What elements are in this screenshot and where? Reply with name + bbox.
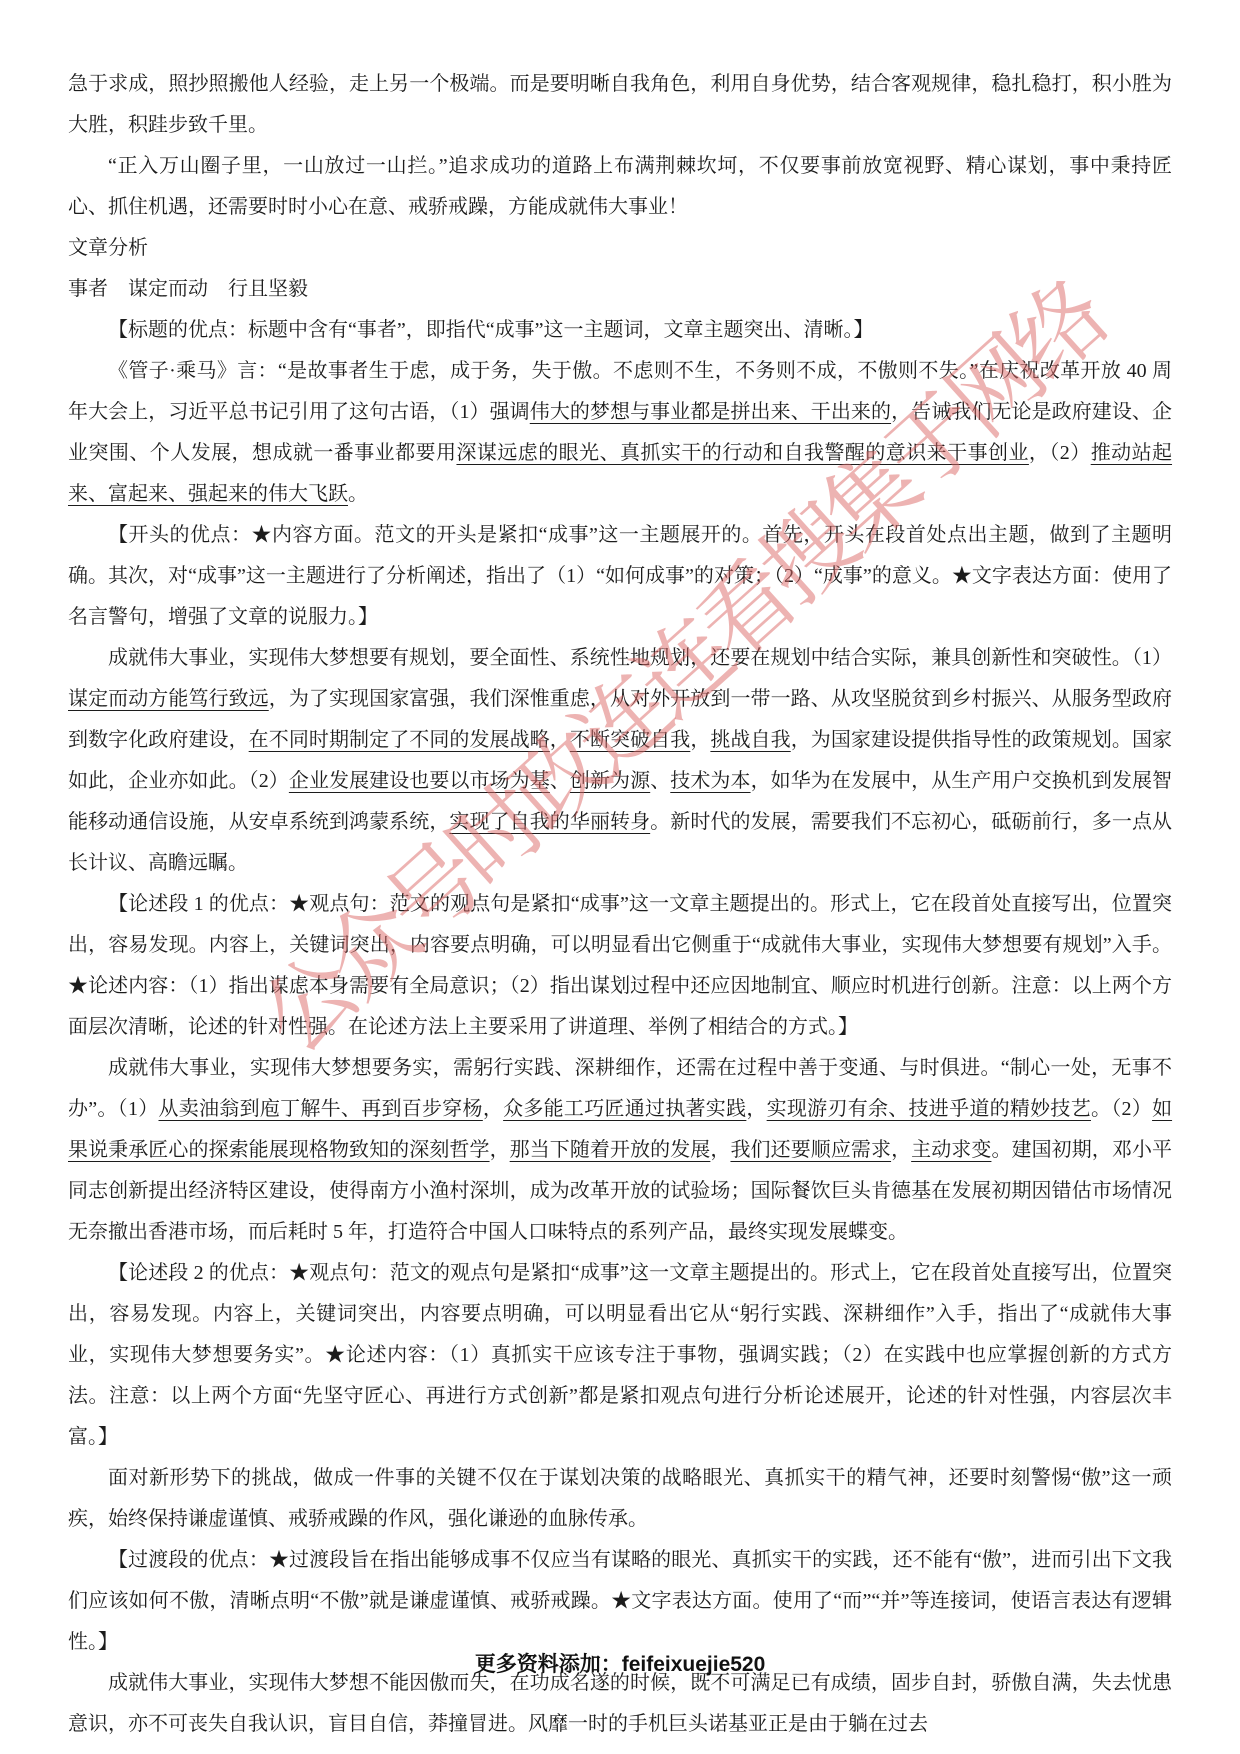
underlined-text: 谋定而动方能笃行致远 [68, 688, 269, 710]
text: 文章分析 [68, 237, 148, 259]
text: 。 [348, 483, 368, 505]
underlined-text: 技术为本 [670, 770, 750, 792]
text: ，（2） [1029, 442, 1091, 464]
text: 急于求成，照抄照搬他人经验，走上另一个极端。而是要明晰自我角色，利用自身优势，结… [68, 73, 1172, 136]
text: ， [550, 729, 570, 751]
document-page: 急于求成，照抄照搬他人经验，走上另一个极端。而是要明晰自我角色，利用自身优势，结… [0, 0, 1240, 1754]
page-footer: 更多资料添加：feifeixuejie520 [0, 1648, 1240, 1678]
text: ， [746, 1098, 766, 1120]
paragraph: 【标题的优点：标题中含有“事者”，即指代“成事”这一主题词，文章主题突出、清晰。… [68, 310, 1172, 351]
text: 【论述段 2 的优点：★观点句：范文的观点句是紧扣“成事”这一文章主题提出的。形… [68, 1262, 1172, 1448]
paragraph: 成就伟大事业，实现伟大梦想要务实，需躬行实践、深耕细作，还需在过程中善于变通、与… [68, 1048, 1172, 1253]
text: ， [891, 1139, 911, 1161]
text: ， [690, 729, 710, 751]
text: 、 [650, 770, 670, 792]
document-body: 急于求成，照抄照搬他人经验，走上另一个极端。而是要明晰自我角色，利用自身优势，结… [68, 64, 1172, 1745]
text: 事者 谋定而动 行且坚毅 [68, 278, 308, 300]
underlined-text: 在不同时期制定了不同的发展战略 [249, 729, 550, 751]
text: 【开头的优点：★内容方面。范文的开头是紧扣“成事”这一主题展开的。首先，开头在段… [68, 524, 1172, 628]
paragraph: 【论述段 2 的优点：★观点句：范文的观点句是紧扣“成事”这一文章主题提出的。形… [68, 1253, 1172, 1458]
footer-account: feifeixuejie520 [622, 1653, 766, 1676]
text: 成就伟大事业，实现伟大梦想不能因傲而失，在功成名遂的时候，既不可满足已有成绩，固… [68, 1672, 1172, 1735]
text: “正入万山圈子里，一山放过一山拦。”追求成功的道路上布满荆棘坎坷，不仅要事前放宽… [68, 155, 1172, 218]
text: 面对新形势下的挑战，做成一件事的关键不仅在于谋划决策的战略眼光、真抓实干的精气神… [68, 1467, 1172, 1530]
paragraph: 《管子·乘马》言：“是故事者生于虑，成于务，失于傲。不虑则不生，不务则不成，不傲… [68, 351, 1172, 515]
underlined-text: 实现游刃有余、技进乎道的精妙技艺 [767, 1098, 1091, 1120]
underlined-text: 不断突破自我 [570, 729, 690, 751]
underlined-text: 实现了自我的华丽转身 [449, 811, 650, 833]
underlined-text: 我们还要顺应需求 [730, 1139, 891, 1161]
underlined-text: 深谋远虑的眼光、真抓实干的行动和自我警醒的意识来干事创业 [456, 442, 1028, 464]
text: ， [490, 1139, 510, 1161]
paragraph: 成就伟大事业，实现伟大梦想要有规划，要全面性、系统性地规划，还要在规划中结合实际… [68, 638, 1172, 884]
underlined-text: 从卖油翁到庖丁解牛、再到百步穿杨 [159, 1098, 483, 1120]
text: 成就伟大事业，实现伟大梦想要有规划，要全面性、系统性地规划，还要在规划中结合实际… [108, 647, 1172, 669]
underlined-text: 挑战自我 [710, 729, 790, 751]
underlined-text: 众多能工巧匠通过执著实践 [503, 1098, 746, 1120]
paragraph: 【过渡段的优点：★过渡段旨在指出能够成事不仅应当有谋略的眼光、真抓实干的实践，还… [68, 1540, 1172, 1663]
text: 【过渡段的优点：★过渡段旨在指出能够成事不仅应当有谋略的眼光、真抓实干的实践，还… [68, 1549, 1172, 1653]
paragraph: 【开头的优点：★内容方面。范文的开头是紧扣“成事”这一主题展开的。首先，开头在段… [68, 515, 1172, 638]
text: ， [710, 1139, 730, 1161]
paragraph: 面对新形势下的挑战，做成一件事的关键不仅在于谋划决策的战略眼光、真抓实干的精气神… [68, 1458, 1172, 1540]
text: 、 [550, 770, 570, 792]
paragraph: 事者 谋定而动 行且坚毅 [68, 269, 1172, 310]
underlined-text: 主动求变 [911, 1139, 991, 1161]
text: 【标题的优点：标题中含有“事者”，即指代“成事”这一主题词，文章主题突出、清晰。… [108, 319, 874, 341]
paragraph: 【论述段 1 的优点：★观点句：范文的观点句是紧扣“成事”这一文章主题提出的。形… [68, 884, 1172, 1048]
paragraph: 急于求成，照抄照搬他人经验，走上另一个极端。而是要明晰自我角色，利用自身优势，结… [68, 64, 1172, 146]
text: ， [483, 1098, 503, 1120]
paragraph: 文章分析 [68, 228, 1172, 269]
paragraph: “正入万山圈子里，一山放过一山拦。”追求成功的道路上布满荆棘坎坷，不仅要事前放宽… [68, 146, 1172, 228]
underlined-text: 创新为源 [570, 770, 650, 792]
underlined-text: 伟大的梦想与事业都是拼出来、干出来的 [530, 401, 891, 423]
text: 【论述段 1 的优点：★观点句：范文的观点句是紧扣“成事”这一文章主题提出的。形… [68, 893, 1172, 1038]
underlined-text: 那当下随着开放的发展 [510, 1139, 711, 1161]
footer-label: 更多资料添加： [475, 1652, 622, 1676]
underlined-text: 企业发展建设也要以市场为基 [289, 770, 550, 792]
text: 。（2） [1091, 1098, 1152, 1120]
